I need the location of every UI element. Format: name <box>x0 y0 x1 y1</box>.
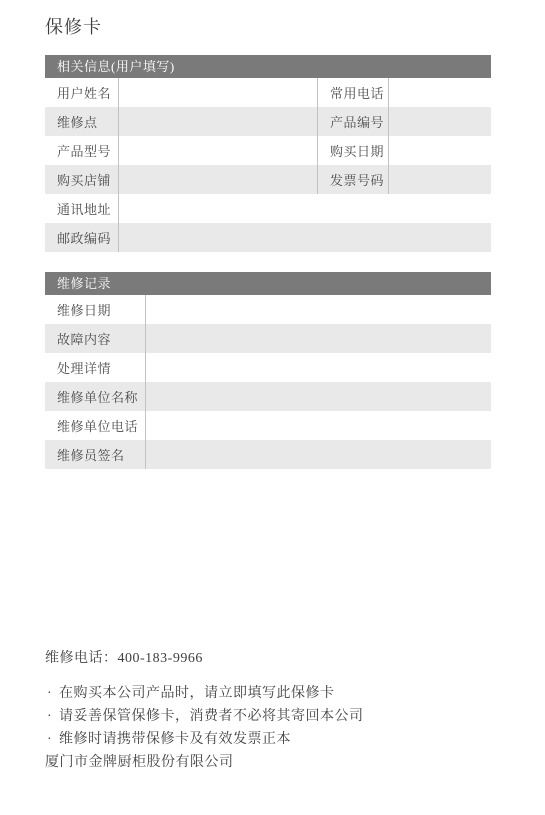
row-label: 处理详情 <box>45 353 145 382</box>
table-row: 产品型号 购买日期 <box>45 136 491 165</box>
table-row: 维修单位电话 <box>45 411 491 440</box>
row-label: 常用电话 <box>317 78 388 107</box>
repair-table: 维修日期 故障内容 处理详情 维修单位名称 维修单位电话 维修员签名 <box>45 295 491 469</box>
table-row: 处理详情 <box>45 353 491 382</box>
row-value-field <box>118 165 317 194</box>
row-label: 产品编号 <box>317 107 388 136</box>
repair-section-header: 维修记录 <box>45 272 491 295</box>
note-text: 维修时请携带保修卡及有效发票正本 <box>59 732 291 747</box>
note-item: ·维修时请携带保修卡及有效发票正本 <box>45 728 505 751</box>
row-label: 维修单位名称 <box>45 382 145 411</box>
row-label: 用户姓名 <box>45 78 118 107</box>
row-value-field <box>118 78 317 107</box>
row-value-field <box>145 411 491 440</box>
row-value-field <box>388 107 491 136</box>
row-label: 维修单位电话 <box>45 411 145 440</box>
bullet-icon: · <box>45 705 59 728</box>
row-value-field <box>145 382 491 411</box>
footer: 维修电话：400-183-9966 ·在购买本公司产品时，请立即填写此保修卡 ·… <box>45 649 505 774</box>
table-row: 维修点 产品编号 <box>45 107 491 136</box>
row-label: 购买店铺 <box>45 165 118 194</box>
info-section-header: 相关信息(用户填写) <box>45 55 491 78</box>
row-value-field <box>118 107 317 136</box>
note-text: 请妥善保管保修卡，消费者不必将其寄回本公司 <box>59 709 364 724</box>
row-value-field <box>145 440 491 469</box>
page-title: 保修卡 <box>45 16 102 38</box>
row-value-field <box>145 295 491 324</box>
row-label: 产品型号 <box>45 136 118 165</box>
row-value-field <box>388 136 491 165</box>
table-row: 用户姓名 常用电话 <box>45 78 491 107</box>
note-item: ·请妥善保管保修卡，消费者不必将其寄回本公司 <box>45 705 505 728</box>
row-label: 维修员签名 <box>45 440 145 469</box>
bullet-icon: · <box>45 682 59 705</box>
table-row: 维修日期 <box>45 295 491 324</box>
table-row: 邮政编码 <box>45 223 491 252</box>
table-row: 故障内容 <box>45 324 491 353</box>
row-label: 发票号码 <box>317 165 388 194</box>
warranty-card-page: 保修卡 相关信息(用户填写) 用户姓名 常用电话 维修点 产品编号 产品型号 购… <box>0 0 545 815</box>
bullet-icon: · <box>45 728 59 751</box>
row-value-field <box>145 324 491 353</box>
row-value-field <box>145 353 491 382</box>
row-label: 购买日期 <box>317 136 388 165</box>
company-name: 厦门市金牌厨柜股份有限公司 <box>45 751 505 774</box>
row-value-field <box>388 165 491 194</box>
row-value-field <box>118 136 317 165</box>
row-label: 维修日期 <box>45 295 145 324</box>
row-label: 维修点 <box>45 107 118 136</box>
table-row: 购买店铺 发票号码 <box>45 165 491 194</box>
row-value-field <box>118 194 491 223</box>
hotline-label: 维修电话： <box>45 651 118 666</box>
row-label: 故障内容 <box>45 324 145 353</box>
footer-notes: ·在购买本公司产品时，请立即填写此保修卡 ·请妥善保管保修卡，消费者不必将其寄回… <box>45 682 505 751</box>
table-row: 通讯地址 <box>45 194 491 223</box>
row-value-field <box>388 78 491 107</box>
note-text: 在购买本公司产品时，请立即填写此保修卡 <box>59 686 335 701</box>
note-item: ·在购买本公司产品时，请立即填写此保修卡 <box>45 682 505 705</box>
footer-hotline: 维修电话：400-183-9966 <box>45 649 505 669</box>
row-value-field <box>118 223 491 252</box>
table-row: 维修单位名称 <box>45 382 491 411</box>
info-table: 用户姓名 常用电话 维修点 产品编号 产品型号 购买日期 购买店铺 发票号码 通… <box>45 78 491 252</box>
table-row: 维修员签名 <box>45 440 491 469</box>
row-label: 邮政编码 <box>45 223 118 252</box>
hotline-number: 400-183-9966 <box>118 651 203 666</box>
row-label: 通讯地址 <box>45 194 118 223</box>
